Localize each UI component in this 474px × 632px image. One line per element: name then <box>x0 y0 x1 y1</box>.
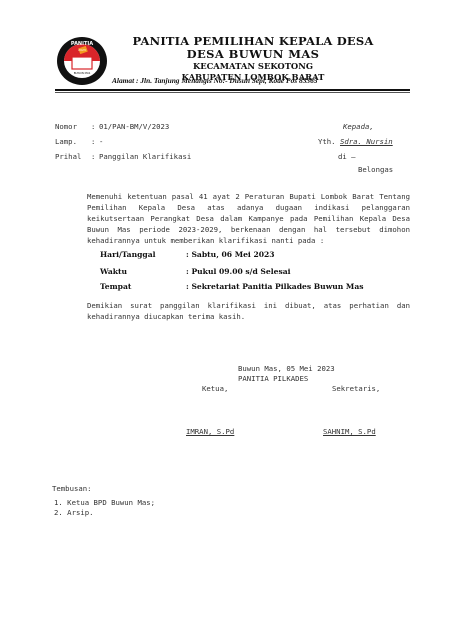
cc-title: Tembusan: <box>52 484 92 493</box>
recipient-name: Sdra. Nursin <box>340 137 393 146</box>
meta-nomor-value: 01/PAN-BM/V/2023 <box>99 122 169 131</box>
signature-chair-name: IMRAN, S.Pd <box>186 427 234 436</box>
letterhead-line3: KECAMATAN SEKOTONG <box>108 61 398 72</box>
recipient-di: di – <box>338 152 356 161</box>
letterhead-line2: DESA BUWUN MAS <box>108 48 398 61</box>
detail-label: Waktu <box>100 267 186 276</box>
svg-text:BUWUN MAS: BUWUN MAS <box>74 71 91 75</box>
signature-chair-title: Ketua, <box>202 384 228 393</box>
signature-secretary-title: Sekretaris, <box>332 384 380 393</box>
meta-prihal: Prihal:Panggilan Klarifikasi <box>55 152 191 161</box>
recipient-yth: Yth. <box>318 137 336 146</box>
letterhead-line1: PANITIA PEMILIHAN KEPALA DESA <box>108 34 398 48</box>
signature-place-date: Buwun Mas, 05 Mei 2023 <box>238 364 335 373</box>
detail-row-date: Hari/Tanggal: Sabtu, 06 Mei 2023 <box>100 250 275 259</box>
recipient-place: Belongas <box>358 165 393 174</box>
meta-prihal-label: Prihal <box>55 152 91 161</box>
body-paragraph-1: Memenuhi ketentuan pasal 41 ayat 2 Perat… <box>87 191 410 246</box>
cc-item: 2. Arsip. <box>54 508 94 517</box>
meta-lamp-label: Lamp. <box>55 137 91 146</box>
panitia-pilkades-logo-icon: PANITIA 2023 BUWUN MAS <box>56 36 108 86</box>
meta-lamp-value: - <box>99 137 103 146</box>
svg-text:2023: 2023 <box>78 48 86 52</box>
detail-value: : Pukul 09.00 s/d Selesai <box>186 267 291 276</box>
detail-value: : Sabtu, 06 Mei 2023 <box>186 250 275 259</box>
detail-row-time: Waktu: Pukul 09.00 s/d Selesai <box>100 267 291 276</box>
letterhead-address: Alamat : Jln. Tanjung Menangis No:- Dusu… <box>112 76 402 85</box>
letterhead-divider <box>55 89 410 91</box>
recipient-block: Yth. Sdra. Nursin <box>318 137 393 146</box>
signature-secretary-name: SAHNIM, S.Pd <box>323 427 376 436</box>
meta-colon: : <box>91 122 99 131</box>
detail-label: Hari/Tanggal <box>100 250 186 259</box>
signature-committee: PANITIA PILKADES <box>238 374 308 383</box>
meta-nomor: Nomor:01/PAN-BM/V/2023 <box>55 122 169 131</box>
detail-label: Tempat <box>100 282 186 291</box>
recipient-kepada: Kepada, <box>343 122 374 131</box>
meta-prihal-value: Panggilan Klarifikasi <box>99 152 191 161</box>
meta-colon: : <box>91 137 99 146</box>
svg-text:PANITIA: PANITIA <box>71 41 93 47</box>
body-paragraph-2: Demikian surat panggilan klarifikasi ini… <box>87 300 410 322</box>
meta-lamp: Lamp.:- <box>55 137 103 146</box>
cc-item: 1. Ketua BPD Buwun Mas; <box>54 498 155 507</box>
detail-row-place: Tempat: Sekretariat Panitia Pilkades Buw… <box>100 282 364 291</box>
detail-value: : Sekretariat Panitia Pilkades Buwun Mas <box>186 282 364 291</box>
meta-nomor-label: Nomor <box>55 122 91 131</box>
letterhead-divider-thin <box>55 92 410 93</box>
meta-colon: : <box>91 152 99 161</box>
